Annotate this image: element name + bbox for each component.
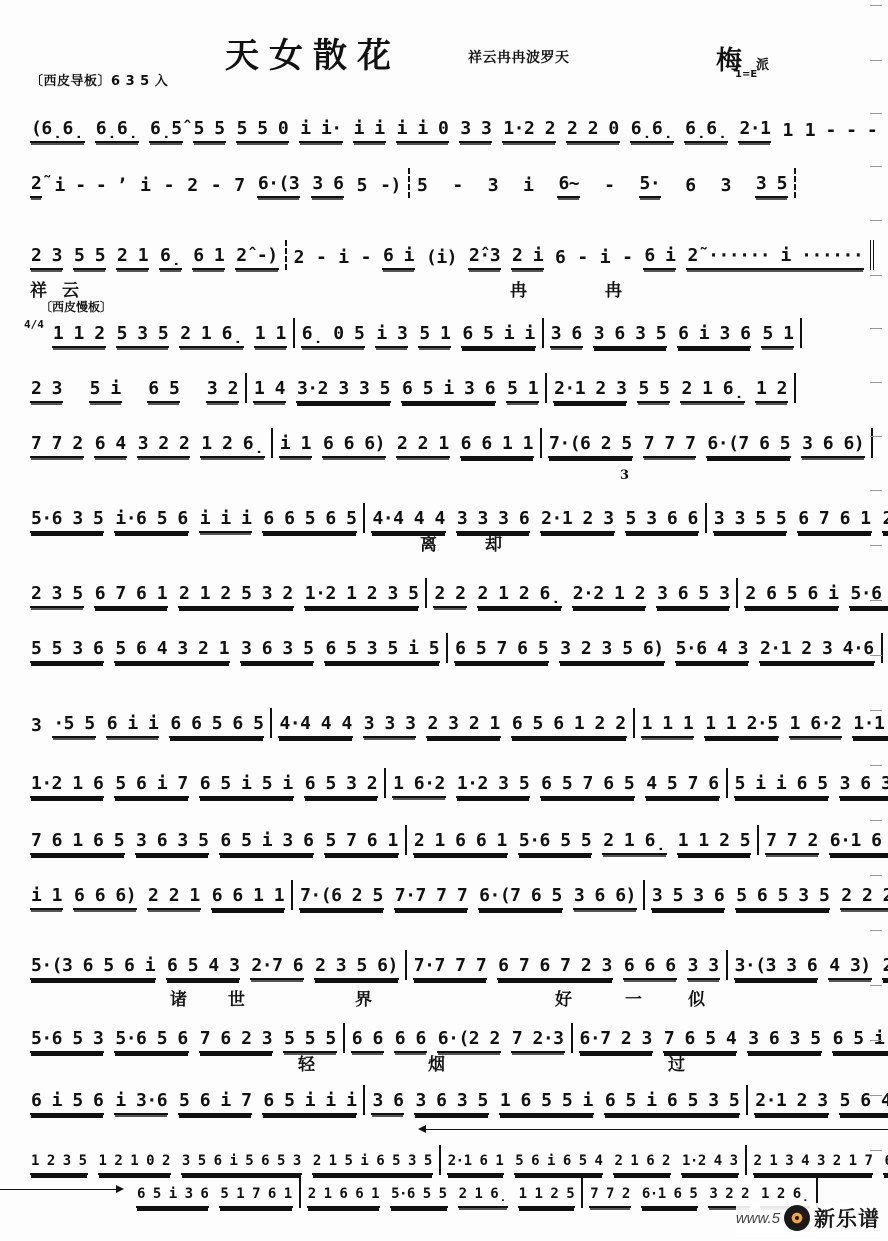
note-group: 5 5 bbox=[637, 378, 670, 403]
note-group: 5 6 i 7 bbox=[178, 1090, 252, 1115]
note-group: 7 7 7 bbox=[643, 433, 697, 458]
note-group: 1 - - - - -) bbox=[804, 120, 888, 143]
measure: 2 35 i6 53 2 bbox=[24, 373, 247, 403]
score-line: 1 2 3 51 2 1 0 23 5 6 i 5 6 5 32 1 5 i 6… bbox=[24, 1145, 796, 1175]
note-group: 6 6 5 6 5 bbox=[262, 508, 357, 533]
watermark-brand: 新乐谱 bbox=[814, 1203, 880, 1233]
note-group: 6̣5̂ bbox=[149, 118, 183, 143]
note-group: 2 1 6 2 bbox=[613, 1150, 671, 1175]
note-group: 4·4 4 4 bbox=[371, 508, 445, 533]
note-group: 2·7 6 bbox=[250, 955, 304, 980]
note-group: 6̣ bbox=[159, 245, 182, 270]
note-group: 1·2 1 6 bbox=[30, 773, 104, 798]
note-group: i i i bbox=[199, 508, 253, 533]
measure: 5 i i 6 53 6 3 56 5 3 5 i 76 5 3 2 bbox=[728, 768, 888, 798]
note-group: 5·6 3 5 bbox=[30, 508, 104, 533]
note-group: - bbox=[163, 175, 175, 198]
lyric: 却 bbox=[485, 530, 502, 555]
margin-tick bbox=[870, 220, 882, 221]
measure: 6 5 i 3 65 1 7 6 1 bbox=[130, 1178, 301, 1208]
note-group: 6 5 bbox=[147, 378, 180, 403]
score-line: 3·5 56 i i6 6 5 6 54·4 4 43 3 32 3 2 16 … bbox=[24, 708, 796, 738]
note-group: 2 1 6̣ bbox=[680, 378, 745, 403]
note-group: - bbox=[360, 247, 372, 270]
note-group: 5·6 5 5 bbox=[518, 830, 592, 855]
note-group: 5·(3 6 5 6 i bbox=[30, 955, 156, 980]
note-group: 3 6 5 3 bbox=[656, 583, 730, 608]
section-label: 〔西皮慢板〕 bbox=[40, 298, 112, 315]
note-group: 6 i bbox=[382, 245, 415, 270]
margin-tick bbox=[870, 1095, 882, 1096]
measure: 7·7 7 76 7 6 7 2 36 6 63 3 bbox=[407, 950, 728, 980]
lyric: 一 bbox=[625, 985, 642, 1010]
note-group: 2 1 2 6̣ bbox=[477, 583, 562, 608]
arrow-right-icon bbox=[0, 1189, 122, 1190]
score-line: 2 3 56 7 6 12 1 2 5 3 21·2 1 2 3 52 22 1… bbox=[24, 578, 796, 608]
note-group: 6·1 6 5 bbox=[641, 1183, 699, 1208]
note-group: 5 6 4 3 2 1 bbox=[114, 638, 230, 663]
note-group: 2 2 1 bbox=[396, 433, 450, 458]
measure: 3 3--- bbox=[883, 633, 888, 663]
note-group: 5·6 5 6 bbox=[114, 1028, 188, 1053]
lyric: 冉 bbox=[510, 276, 527, 301]
measure: 7·(6 2 57·7 7 76·(7 6 53 6 6) bbox=[293, 880, 645, 910]
note-group: 5 5 0 bbox=[236, 118, 290, 143]
note-group: 2 2 0 bbox=[566, 118, 620, 143]
note-group: 3 2 2 bbox=[137, 433, 191, 458]
note-group: 3 5 6 i 5 6 5 3 bbox=[181, 1150, 302, 1175]
note-group: 6 5 3 2 bbox=[304, 773, 378, 798]
note-group: 2·1 bbox=[738, 118, 771, 143]
note-group: 5 5 bbox=[193, 118, 226, 143]
note-group: 6 6 6) bbox=[322, 433, 386, 458]
note-group: 1·1 1 6̣ bbox=[852, 713, 888, 738]
measure: 2 1 3 4 3 2 1 76 1 2 3 7 6 6 i5·6 5 52 1… bbox=[747, 1145, 888, 1175]
note-group: 6̣ 0 5 bbox=[301, 323, 366, 348]
note-group: 1·2 1 2 3 5 bbox=[304, 583, 420, 608]
note-group: 6 6 6 bbox=[623, 955, 677, 980]
note-group: 6 i 3 6 bbox=[677, 323, 751, 348]
note-group: 7 7 2 bbox=[30, 433, 84, 458]
note-group: 1 6·2 bbox=[392, 773, 446, 798]
margin-tick bbox=[870, 930, 882, 931]
note-group: -) bbox=[379, 175, 402, 198]
note-group: 2 1 5 i 6 5 3 5 bbox=[312, 1150, 433, 1175]
note-group: 1 6 5 5 i bbox=[499, 1090, 594, 1115]
note-group: 6 6 6) bbox=[73, 885, 137, 910]
note-group: 5· bbox=[639, 173, 662, 198]
note-group: 6 i bbox=[643, 245, 676, 270]
note-group: 1 4 bbox=[253, 378, 286, 403]
measure: 7·(6 2 57 7 76·(7 6 53 6 6) bbox=[542, 428, 873, 458]
note-group: 5 6 i 7 bbox=[114, 773, 188, 798]
note-group: 3 6 3 5 bbox=[593, 323, 667, 348]
note-group: i i bbox=[353, 118, 386, 143]
lyric: 世 bbox=[228, 985, 245, 1010]
measure: 2 1 6 6 15·6 5 52 1 6̣1 1 2 5 bbox=[301, 1178, 583, 1208]
margin-tick bbox=[870, 545, 882, 546]
note-group: - bbox=[621, 247, 633, 270]
note-group: 5 5 3 6 bbox=[30, 638, 104, 663]
note-group: 2·1 2 3 bbox=[754, 1090, 828, 1115]
note-group: 6·(2 2 bbox=[437, 1028, 501, 1053]
note-group: 3 6 6) bbox=[801, 433, 865, 458]
note-group: 2 1 6 6 1 bbox=[307, 1183, 380, 1208]
note-group: 3 6 6) bbox=[573, 885, 637, 910]
note-group: 3 6 3 5 bbox=[135, 830, 209, 855]
score-line: 1·2 1 65 6 i 76 5 i 5 i6 5 3 21 6·21·2 3… bbox=[24, 768, 796, 798]
section-intro-label: 〔西皮导板〕6 3 5 入 bbox=[30, 70, 168, 89]
note-group: 1 1 2 bbox=[52, 323, 106, 348]
note-group: 2 1 6̣ bbox=[458, 1183, 508, 1208]
measure: 3 63 6 3 56 i 3 65 1 bbox=[544, 318, 803, 348]
note-group: 2 3 5 bbox=[30, 583, 84, 608]
note-group: 2 1 6̣ bbox=[602, 830, 667, 855]
note-group: 5 1 bbox=[761, 323, 794, 348]
measure: 6 i 5 6i 3·65 6 i 76 5 i i i bbox=[24, 1085, 365, 1115]
score-page: 〔西皮导板〕6 3 5 入 天女散花 祥云冉冉波罗天 梅 派 1=E (6̣6̣… bbox=[0, 0, 888, 1241]
note-group: 6 5 7 6 5 bbox=[540, 773, 635, 798]
measure: 1 6·21·2 3 56 5 7 6 54 5 7 6 bbox=[386, 768, 727, 798]
note-group: i bbox=[139, 175, 151, 198]
note-group: 6 5 i 6 5 3 5 bbox=[604, 1090, 740, 1115]
note-group: 6 4 bbox=[94, 433, 127, 458]
note-group: 6 1 bbox=[192, 245, 225, 270]
note-group: 5 5 bbox=[73, 245, 106, 270]
note-group: 5 3 5 bbox=[116, 323, 170, 348]
measure: (6̣6̣6̣6̣6̣5̂5 55 5 0i i·i ii i 03 31·2 … bbox=[24, 113, 888, 143]
measure: 3 63 6 3 51 6 5 5 i6 5 i 6 5 3 5 bbox=[365, 1085, 748, 1115]
note-group: 3·2 3 3 5 bbox=[296, 378, 391, 403]
note-group: - bbox=[210, 175, 222, 198]
score-line: 2 35 i6 53 21 43·2 3 3 56 5 i 3 65 12·1 … bbox=[24, 373, 796, 403]
note-group: 7 6 1 6 5 bbox=[30, 830, 125, 855]
score-line: 4/41 1 25 3 52 1 6̣1 16̣ 0 5i 35 16 5 i … bbox=[24, 318, 796, 348]
note-group: 3 5 3 6 bbox=[651, 885, 725, 910]
note-group: 6 5 i i i bbox=[262, 1090, 357, 1115]
margin-tick bbox=[870, 820, 882, 821]
note-group: i 1 bbox=[279, 433, 312, 458]
score-line: 5 5 3 65 6 4 3 2 13 6 3 56 5 3 5 i 56 5 … bbox=[24, 633, 796, 663]
note-group: 6 6 5 6 5 bbox=[169, 713, 264, 738]
note-group: 2 3 2 1 bbox=[426, 713, 500, 738]
note-group: 6 7 6 1 bbox=[797, 508, 871, 533]
note-group: 2 1 bbox=[116, 245, 149, 270]
margin-tick bbox=[870, 328, 882, 329]
note-group: 2 6 5 6 i bbox=[744, 583, 839, 608]
note-group: 5 1 7 6 1 bbox=[219, 1183, 292, 1208]
note-group: 6·1 6 5 bbox=[829, 830, 888, 855]
measure: 2̃i - - ’i-2-76·(33 65-) bbox=[24, 168, 410, 198]
note-group: 5·6 4 3 bbox=[675, 638, 749, 663]
note-group: 1 2 6̣ bbox=[200, 433, 265, 458]
note-group: 7 7 2 bbox=[765, 830, 819, 855]
note-group: 3 2 bbox=[206, 378, 239, 403]
note-group: 5 7 6 1 bbox=[324, 830, 398, 855]
note-group: 3 6 3 5 bbox=[414, 1090, 488, 1115]
note-group: ·5 5 bbox=[52, 713, 95, 738]
note-group: 6 5 7 6 5 bbox=[454, 638, 549, 663]
note-group: 6 i i bbox=[106, 713, 160, 738]
note-group: 2 1 3 4 3 2 1 7 bbox=[753, 1150, 874, 1175]
measure: 7 6 1 6 53 6 3 56 5 i 3 65 7 6 1 bbox=[24, 825, 407, 855]
note-group: 1 1 2 5 bbox=[518, 1183, 576, 1208]
note-group: 4·4 4 4 bbox=[278, 713, 352, 738]
note-group: 3 6 3 5 bbox=[240, 638, 314, 663]
note-group: 6 6 bbox=[351, 1028, 384, 1053]
measure: 1·2 1 65 6 i 76 5 i 5 i6 5 3 2 bbox=[24, 768, 386, 798]
note-group: 6~ bbox=[557, 173, 580, 198]
note-group: 3 3 bbox=[459, 118, 492, 143]
note-group: 3 6 bbox=[311, 173, 344, 198]
note-group: 7 bbox=[233, 175, 245, 198]
note-group: 7 7 2 bbox=[589, 1183, 631, 1208]
note-group: 2 1 3 2 1 2 bbox=[882, 508, 888, 533]
note-group: 7·(6 2 5 bbox=[299, 885, 384, 910]
note-group: 5 bbox=[416, 175, 428, 198]
note-group: 5 i i 6 5 bbox=[734, 773, 829, 798]
measure: 7 7 26 43 2 21 2 6̣ bbox=[24, 428, 273, 458]
measure: 1 2 3 51 2 1 0 23 5 6 i 5 6 5 32 1 5 i 6… bbox=[24, 1145, 441, 1175]
note-group: i bbox=[522, 175, 534, 198]
note-group: 6 5 i 3 6 bbox=[219, 830, 314, 855]
note-group: 2 i bbox=[511, 245, 544, 270]
note-group: 2̂·3 bbox=[468, 245, 501, 270]
score-line: 5·6 3 5i·6 5 6i i i6 6 5 6 54·4 4 43 3 3… bbox=[24, 503, 796, 533]
lyric: 烟 bbox=[428, 1050, 445, 1075]
measure: 2·1 2 35 6 4 3·52 1 2 3 5 6 5 32 3 2 1 6… bbox=[748, 1085, 888, 1115]
note-group: 2̃ ······ i ······ bbox=[686, 245, 864, 270]
note-group: 1 6·2 bbox=[789, 713, 843, 738]
score-line: 6 5 i 3 65 1 7 6 12 1 6 6 15·6 5 52 1 6̣… bbox=[130, 1178, 796, 1208]
watermark: www.5 新乐谱 bbox=[736, 1203, 880, 1233]
note-group: - bbox=[315, 247, 327, 270]
note-group: 5 6 5 3 5 bbox=[735, 885, 830, 910]
triplet-annotation: 3 bbox=[620, 468, 629, 483]
lyric: 过 bbox=[668, 1050, 685, 1075]
note-group: 7 2·3 bbox=[511, 1028, 565, 1053]
lyric: 诸 bbox=[170, 985, 187, 1010]
margin-tick bbox=[870, 655, 882, 656]
note-group: 4 3) bbox=[828, 955, 871, 980]
measure: 2 35 52 16̣6 12̂ -) bbox=[24, 240, 287, 270]
note-group: 3 3 3 bbox=[363, 713, 417, 738]
note-group: (6̣6̣ bbox=[30, 118, 85, 143]
measure: 2-i-6 i(i)2̂·32 i6-i-6 i2̃ ······ i ····… bbox=[287, 240, 875, 270]
time-signature: 4/4 bbox=[24, 318, 44, 331]
measure: 5 5 3 65 6 4 3 2 13 6 3 56 5 3 5 i 5 bbox=[24, 633, 448, 663]
page-title: 天女散花 bbox=[225, 28, 401, 77]
note-group: 7 6 5 4 bbox=[663, 1028, 737, 1053]
note-group: 6 5 6 1 2 2 bbox=[511, 713, 627, 738]
note-group: 6̣6̣ bbox=[95, 118, 139, 143]
note-group: 2 1 6̣ bbox=[179, 323, 244, 348]
measure: i 16 6 6)2 2 16 6 1 1 bbox=[273, 428, 542, 458]
note-group: 2·1 6 1 bbox=[447, 1150, 505, 1175]
lyric: 似 bbox=[688, 985, 705, 1010]
margin-tick bbox=[870, 5, 882, 6]
note-group: 6 5 i 3 6 bbox=[136, 1183, 209, 1208]
note-group: 3 2 3 5 6) bbox=[559, 638, 664, 663]
note-group: 3 3 3 6 bbox=[456, 508, 530, 533]
note-group: 6·(3 bbox=[257, 173, 300, 198]
note-group: 6̣6̣ bbox=[684, 118, 728, 143]
score-line: 2̃i - - ’i-2-76·(33 65-)5-3i6~-5·633 5 bbox=[24, 168, 796, 198]
margin-tick bbox=[870, 1040, 882, 1041]
measure: 1 1 11 1 2·51 6·21·1 1 6̣ bbox=[635, 708, 888, 738]
measure: 5·(3 6 5 6 i6 5 4 32·7 62 3 5 6) bbox=[24, 950, 407, 980]
note-group: 1 2 3 5 bbox=[30, 1150, 88, 1175]
note-group: 6 6 1 1 bbox=[460, 433, 534, 458]
note-group: 5 1 bbox=[506, 378, 539, 403]
measure: 1 1 25 3 52 1 6̣1 1 bbox=[46, 318, 295, 348]
note-group: 5·6 5 5 bbox=[390, 1183, 448, 1208]
note-group: 7 6 2 3 bbox=[199, 1028, 273, 1053]
note-group: 2 bbox=[293, 247, 305, 270]
note-group: 1 1 bbox=[254, 323, 287, 348]
note-group: 2 1 6 6 1 bbox=[413, 830, 508, 855]
score-line: 5·6 5 35·6 5 67 6 2 35 5 56 66 66·(2 27 … bbox=[24, 1023, 796, 1053]
measure: 5·6 3 5i·6 5 6i i i6 6 5 6 5 bbox=[24, 503, 365, 533]
note-group: 1 2 1 0 2 bbox=[98, 1150, 171, 1175]
note-group: 3 6 3 5 bbox=[747, 1028, 821, 1053]
note-group: 3 bbox=[720, 175, 732, 198]
measure: 2 22 1 2 6̣2·2 1 23 6 5 3 bbox=[427, 578, 738, 608]
measure: 6·7 2 37 6 5 43 6 3 56 5 i 5 3 bbox=[573, 1023, 888, 1053]
note-group: 2 3 bbox=[30, 378, 63, 403]
note-group: i - - ’ bbox=[54, 175, 128, 198]
note-group: i i 0 bbox=[396, 118, 450, 143]
margin-tick bbox=[870, 382, 882, 383]
note-group: 5·6 5 3 bbox=[30, 1028, 104, 1053]
note-group: 2·1 2 3 4·6 bbox=[759, 638, 875, 663]
note-group: 2·1 2 2 bbox=[882, 955, 888, 980]
lyric: 离 bbox=[420, 530, 437, 555]
measure: 7 7 26·1 6 53 2 21 2 6̣ bbox=[759, 825, 888, 855]
note-group: 2·2 1 2 bbox=[572, 583, 646, 608]
note-group: 1 2 bbox=[755, 378, 788, 403]
note-group: 5 6 4 3·5 bbox=[839, 1090, 888, 1115]
note-group: 6 5 4 3 bbox=[166, 955, 240, 980]
note-group: 2 3 bbox=[30, 245, 63, 270]
note-group: 1 1 2 5 bbox=[677, 830, 751, 855]
note-group: 5 i bbox=[89, 378, 122, 403]
measure: 4·4 4 43 3 3 62·1 2 35 3 6 6 bbox=[365, 503, 706, 533]
note-group: 2 1 2 5 3 2 bbox=[178, 583, 294, 608]
note-group: 3 bbox=[30, 715, 42, 738]
page-subtitle: 祥云冉冉波罗天 bbox=[468, 47, 570, 67]
note-group: 6 6 1 1 bbox=[211, 885, 285, 910]
note-group: 7·(6 2 5 bbox=[548, 433, 633, 458]
note-group: 3 6 bbox=[371, 1090, 404, 1115]
margin-tick bbox=[870, 166, 882, 167]
margin-tick bbox=[870, 765, 882, 766]
lyric: 轻 bbox=[298, 1050, 315, 1075]
margin-tick bbox=[870, 600, 882, 601]
note-group: 6 5 i 3 6 bbox=[401, 378, 496, 403]
note-group: 7·7 7 7 bbox=[413, 955, 487, 980]
margin-tick bbox=[870, 490, 882, 491]
lyric: 界 bbox=[355, 985, 372, 1010]
note-group: 3·(3 3 6 bbox=[734, 955, 819, 980]
note-group: 6·(7 6 5 bbox=[706, 433, 791, 458]
margin-tick bbox=[870, 875, 882, 876]
measure: 2·1 2 35 52 1 6̣1 2 bbox=[547, 373, 796, 403]
note-group: - bbox=[603, 175, 615, 198]
note-group: 1·2 3 5 bbox=[456, 773, 530, 798]
note-group: i 3·6 bbox=[114, 1090, 168, 1115]
measure: 6 5 7 6 53 2 3 5 6)5·6 4 32·1 2 3 4·6 bbox=[448, 633, 883, 663]
note-group: 2 2 1 bbox=[147, 885, 201, 910]
note-group: i 3 bbox=[375, 323, 408, 348]
note-group: 1 bbox=[781, 120, 793, 143]
note-group: 2 2 2 bbox=[840, 885, 888, 910]
note-group: 5 1 bbox=[418, 323, 451, 348]
note-group: - bbox=[451, 175, 463, 198]
note-group: 6·(7 6 5 bbox=[478, 885, 563, 910]
note-group: i 1 bbox=[30, 885, 63, 910]
note-group: 6 i 5 6 bbox=[30, 1090, 104, 1115]
note-group: (i) bbox=[425, 247, 458, 270]
margin-tick bbox=[870, 1150, 882, 1151]
note-group: 2 bbox=[186, 175, 198, 198]
note-group: 1·2 4 3 bbox=[681, 1150, 739, 1175]
note-group: 6 5 i i bbox=[461, 323, 535, 348]
measure: 5-3i6~-5·633 5 bbox=[410, 168, 796, 198]
note-group: 3 6 3 5 bbox=[839, 773, 888, 798]
margin-tick bbox=[870, 985, 882, 986]
note-group: 1 1 2·5 bbox=[704, 713, 778, 738]
note-group: 2̂ -) bbox=[235, 245, 278, 270]
score-line: 5·(3 6 5 6 i6 5 4 32·7 62 3 5 6)7·7 7 76… bbox=[24, 950, 796, 980]
measure: i 16 6 6)2 2 16 6 1 1 bbox=[24, 880, 293, 910]
school-suffix: 派 bbox=[756, 54, 769, 73]
note-group: 5 5 5 bbox=[283, 1028, 337, 1053]
measure: 3 5 3 65 6 5 3 52 2 26·2 7 6 bbox=[645, 880, 888, 910]
margin-tick bbox=[870, 60, 882, 61]
note-group: 6 1 2 3 7 6 6 i bbox=[883, 1150, 888, 1175]
note-group: 3 3 5 5 bbox=[713, 508, 787, 533]
vinyl-record-icon bbox=[784, 1205, 810, 1231]
measure: 3·5 56 i i6 6 5 6 5 bbox=[24, 708, 272, 738]
score-line: 6 i 5 6i 3·65 6 i 76 5 i i i3 63 6 3 51 … bbox=[24, 1085, 796, 1115]
note-group: 7·7 7 7 bbox=[394, 885, 468, 910]
note-group: i·6 5 6 bbox=[114, 508, 188, 533]
note-group: 6̣6̣ bbox=[630, 118, 674, 143]
note-group: 3 bbox=[487, 175, 499, 198]
watermark-url: www.5 bbox=[736, 1210, 780, 1227]
note-group: 6 bbox=[554, 247, 566, 270]
score-line: (6̣6̣6̣6̣6̣5̂5 55 5 0i i·i ii i 03 31·2 … bbox=[24, 113, 796, 143]
note-group: 3 3 bbox=[687, 955, 720, 980]
note-group: 6 7 6 7 2 3 bbox=[497, 955, 613, 980]
note-group: - bbox=[576, 247, 588, 270]
note-group: 6·7 2 3 bbox=[579, 1028, 653, 1053]
measure: 2 6 5 6 i5·6 5 52 5 2 16 1 2 6) bbox=[738, 578, 888, 608]
key-signature: 1=E bbox=[735, 69, 757, 80]
margin-tick bbox=[870, 436, 882, 437]
measure: 3·(3 3 64 3)2·1 2 22 3 bbox=[728, 950, 888, 980]
measure: 1 43·2 3 3 56 5 i 3 65 1 bbox=[247, 373, 547, 403]
lyric: 好 bbox=[555, 985, 572, 1010]
score-line: 7 6 1 6 53 6 3 56 5 i 3 65 7 6 12 1 6 6 … bbox=[24, 825, 796, 855]
measure: 6̣ 0 5i 35 16 5 i i bbox=[295, 318, 544, 348]
note-group: 2·1 2 3 bbox=[553, 378, 627, 403]
arrow-left-icon bbox=[420, 1129, 888, 1130]
measure: 6 66 66·(2 27 2·3 bbox=[345, 1023, 573, 1053]
note-group: 6 5 3 5 i 5 bbox=[324, 638, 440, 663]
note-group: 6 6 bbox=[394, 1028, 427, 1053]
